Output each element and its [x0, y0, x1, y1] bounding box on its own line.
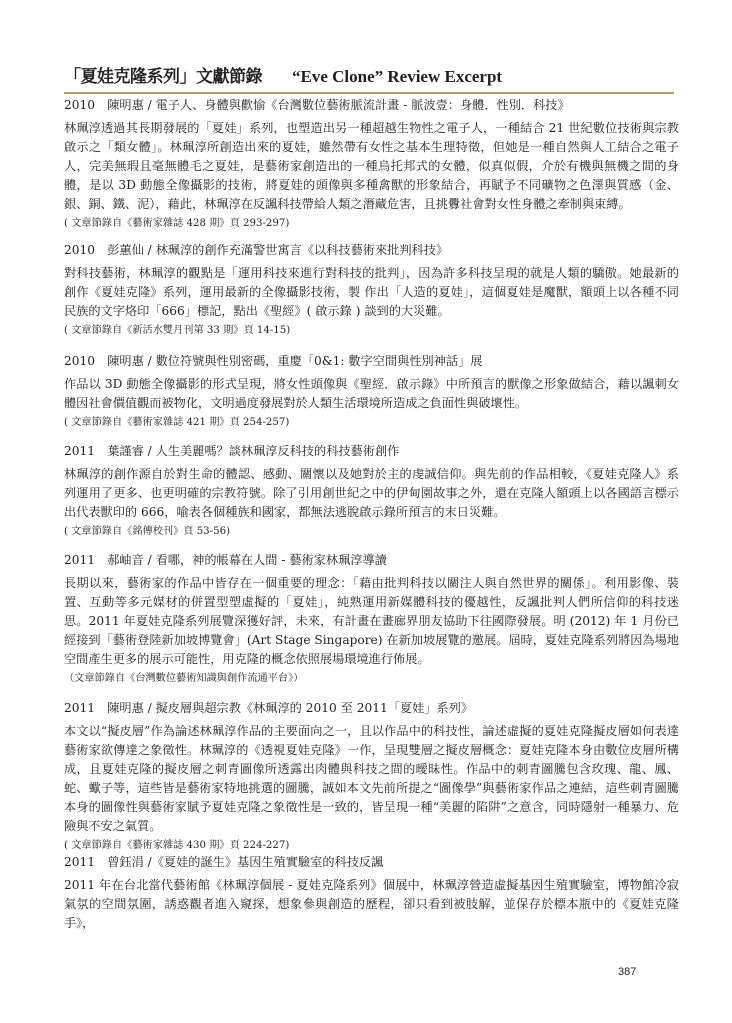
entry-source: （文章節錄自《台灣數位藝術知識與創作流通平台》） — [64, 671, 679, 686]
entry-title: 2011 陳明惠 / 擬皮層與超宗教《林珮淳的 2010 至 2011「夏娃」系… — [64, 700, 679, 716]
entry-title: 2011 葉謹睿 / 人生美麗嗎？談林珮淳反科技的科技藝術創作 — [64, 443, 679, 459]
review-entry: 2010 陳明惠 / 電子人、身體與歡愉《台灣數位藝術脈流計畫 - 脈波壹：身體… — [64, 97, 679, 231]
entry-source: ( 文章節錄自《藝術家雜誌 428 期》頁 293-297) — [64, 216, 679, 231]
entry-source: ( 文章節錄自《銘傳校刊》頁 53-56) — [64, 524, 679, 539]
entry-title: 2011 曾鈺涓 /《夏娃的誕生》基因生殖實驗室的科技反諷 — [64, 854, 679, 870]
header-divider — [64, 92, 674, 94]
review-entry: 2011 郝岫音 / 看哪，神的帳幕在人間 - 藝術家林珮淳導讀 長期以來，藝術… — [64, 552, 679, 686]
review-entry: 2011 陳明惠 / 擬皮層與超宗教《林珮淳的 2010 至 2011「夏娃」系… — [64, 700, 679, 853]
review-entry: 2011 曾鈺涓 /《夏娃的誕生》基因生殖實驗室的科技反諷 2011 年在台北當… — [64, 854, 679, 933]
entry-title: 2010 彭蕙仙 / 林珮淳的創作充滿警世寓言《以科技藝術來批判科技》 — [64, 242, 679, 258]
entry-body: 本文以“擬皮層”作為論述林珮淳作品的主要面向之一，且以作品中的科技性，論述虛擬的… — [64, 722, 679, 836]
entry-source: ( 文章節錄自《新活水雙月刊第 33 期》頁 14-15) — [64, 323, 679, 338]
entry-body: 作品以 3D 動態全像攝影的形式呈現，將女性頭像與《聖經．啟示錄》中所預言的獸像… — [64, 375, 679, 413]
entry-body: 林珮淳透過其長期發展的「夏娃」系列，也塑造出另一種超越生物性之電子人，一種結合 … — [64, 119, 679, 214]
entry-body: 長期以來，藝術家的作品中皆存在一個重要的理念：「藉由批判科技以關注人與自然世界的… — [64, 574, 679, 669]
entry-title: 2011 郝岫音 / 看哪，神的帳幕在人間 - 藝術家林珮淳導讀 — [64, 552, 679, 568]
entry-source: ( 文章節錄自《藝術家雜誌 430 期》頁 224-227) — [64, 838, 679, 853]
header: 「夏娃克隆系列」文獻節錄 “Eve Clone” Review Excerpt — [64, 62, 674, 84]
header-title-en: “Eve Clone” Review Excerpt — [292, 67, 502, 87]
entry-body: 林珮淳的創作源自於對生命的體認、感動、關懷以及她對於主的虔誠信仰。與先前的作品相… — [64, 465, 679, 522]
page-number: 387 — [618, 966, 636, 978]
entry-body: 2011 年在台北當代藝術館《林珮淳個展 - 夏娃克隆系列》個展中，林珮淳營造虛… — [64, 876, 679, 933]
page-header: 「夏娃克隆系列」文獻節錄 “Eve Clone” Review Excerpt — [64, 62, 674, 94]
entry-source: ( 文章節錄自《藝術家雜誌 421 期》頁 254-257) — [64, 415, 679, 430]
entry-title: 2010 陳明惠 / 數位符號與性別密碼，重慶「0&1: 數字空間與性別神話」展 — [64, 353, 679, 369]
review-entry: 2010 陳明惠 / 數位符號與性別密碼，重慶「0&1: 數字空間與性別神話」展… — [64, 353, 679, 430]
entry-title: 2010 陳明惠 / 電子人、身體與歡愉《台灣數位藝術脈流計畫 - 脈波壹：身體… — [64, 97, 679, 113]
header-title-zh: 「夏娃克隆系列」文獻節錄 — [64, 62, 262, 87]
review-entry: 2010 彭蕙仙 / 林珮淳的創作充滿警世寓言《以科技藝術來批判科技》 對科技藝… — [64, 242, 679, 338]
review-entry: 2011 葉謹睿 / 人生美麗嗎？談林珮淳反科技的科技藝術創作 林珮淳的創作源自… — [64, 443, 679, 539]
entry-body: 對科技藝術，林珮淳的觀點是「運用科技來進行對科技的批判」，因為許多科技呈現的就是… — [64, 264, 679, 321]
